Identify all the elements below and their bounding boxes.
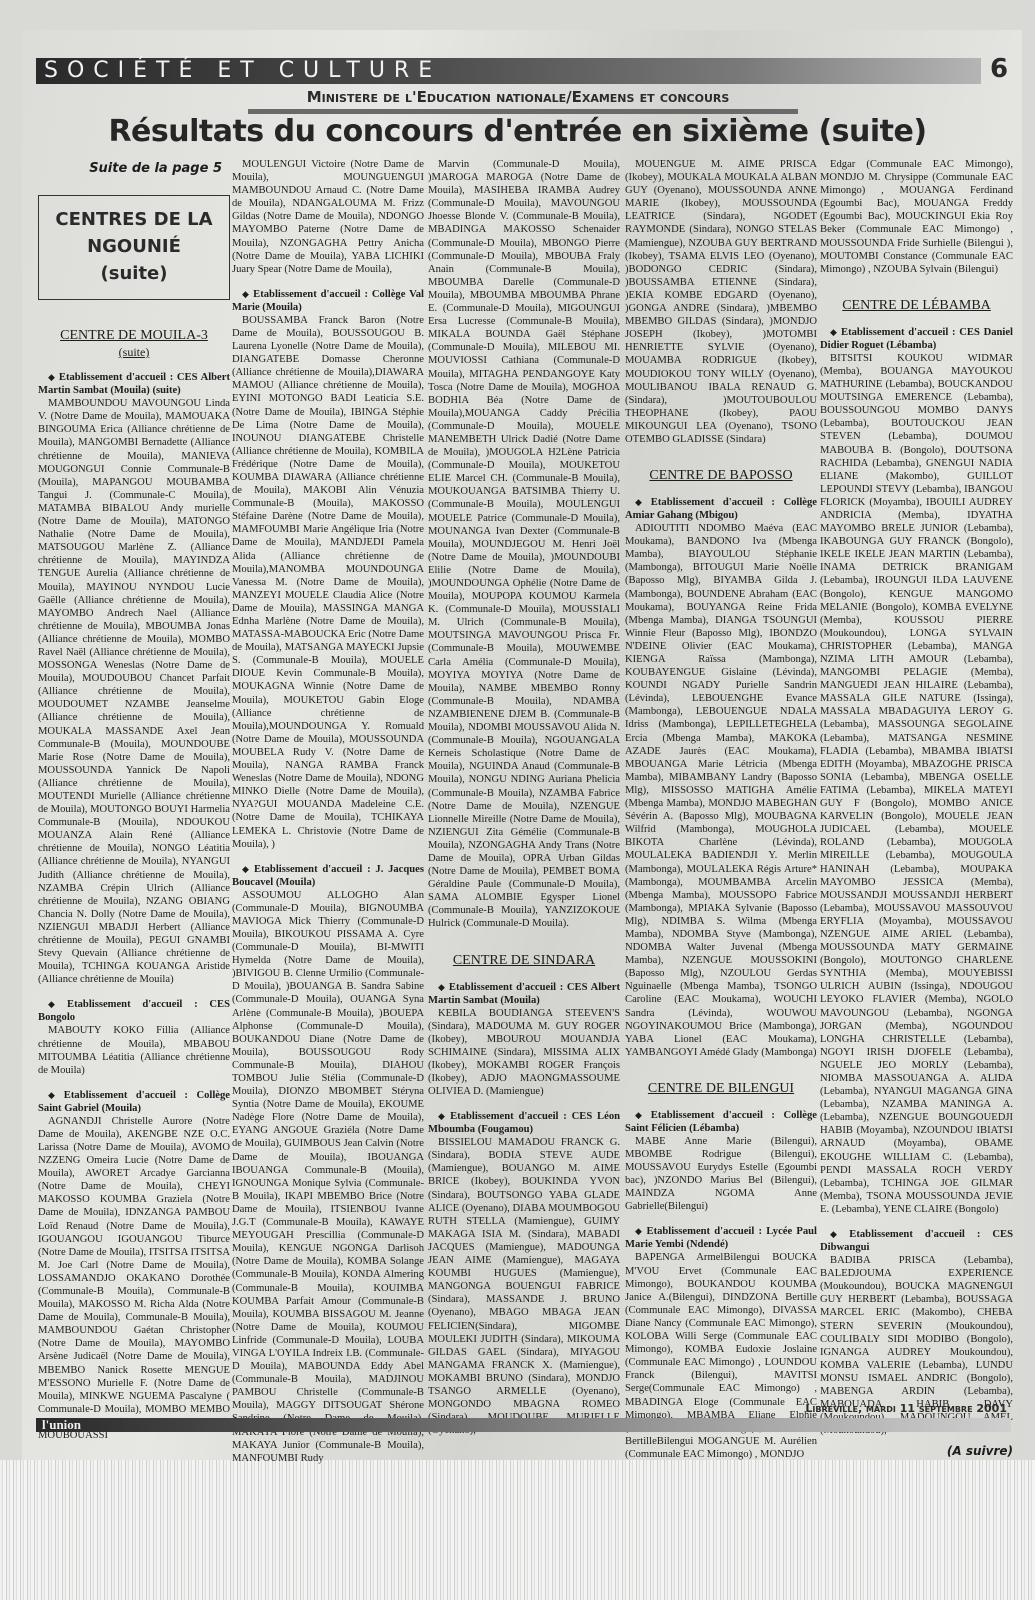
ministry-kicker: Ministere de l'Education nationale/Exame… — [248, 88, 788, 106]
establishment-heading: ◆Etablissement d'accueil : CES Daniel Di… — [820, 326, 1013, 352]
candidate-list: BOUSSAMBA Franck Baron (Notre Dame de Mo… — [232, 314, 424, 851]
candidate-list: MABOUTY KOKO Fillia (Alliance chrétienne… — [38, 1024, 230, 1076]
establishment-heading: ◆Etablissement d'accueil : CES Dibwangui — [820, 1228, 1013, 1254]
establishment-heading: ◆Etablissement d'accueil : CES Albert Ma… — [38, 371, 230, 397]
candidate-list: Edgar (Communale EAC Mimongo), MONDJO M.… — [820, 158, 1013, 276]
footer-bar: l'union Libreville, mardi 11 septembre 2… — [36, 1418, 1011, 1432]
column-1: Suite de la page 5 CENTRES DE LA NGOUNIÉ… — [38, 158, 230, 1442]
continued-from-note: Suite de la page 5 — [38, 162, 222, 175]
section-rubric: SOCIÉTÉ ET CULTURE — [36, 58, 981, 84]
diamond-bullet-icon: ◆ — [830, 1229, 846, 1239]
establishment-heading: ◆Etablissement d'accueil : CES Albert Ma… — [428, 981, 620, 1007]
page-number: 6 — [990, 54, 1008, 84]
candidate-list: Marvin (Communale-D Mouila), )MAROGA MAR… — [428, 158, 620, 931]
candidate-list: ADIOUTITI NDOMBO Maéva (EAC Moukama), BA… — [625, 522, 817, 1059]
establishment-heading: ◆Etablissement d'accueil : Collège Saint… — [625, 1109, 817, 1135]
candidate-list: MOULENGUI Victoire (Notre Dame de Mouila… — [232, 158, 424, 276]
diamond-bullet-icon: ◆ — [438, 982, 446, 992]
candidate-list: AGNANDJI Christelle Aurore (Notre Dame d… — [38, 1115, 230, 1442]
centre-title: CENTRE DE BAPOSSO — [625, 468, 817, 484]
establishment-heading: ◆Etablissement d'accueil : J. Jacques Bo… — [232, 863, 424, 889]
diamond-bullet-icon: ◆ — [242, 864, 251, 874]
headline: Résultats du concours d'entrée en sixièm… — [0, 114, 1035, 149]
establishment-heading: ◆Etablissement d'accueil : Collège Saint… — [38, 1089, 230, 1115]
diamond-bullet-icon: ◆ — [48, 372, 56, 382]
region-line: (suite) — [43, 260, 225, 287]
candidate-list: KEBILA BOUDIANGA STEEVEN'S (Sindara), MA… — [428, 1007, 620, 1099]
establishment-heading: ◆Etablissement d'accueil : Lycée Paul Ma… — [625, 1225, 817, 1251]
establishment-heading: ◆Etablissement d'accueil : CES Léon Mbou… — [428, 1110, 620, 1136]
centre-title: CENTRE DE MOUILA-3 — [38, 328, 230, 344]
newspaper-logo: l'union — [42, 1417, 81, 1432]
candidate-list: ASSOUMOU ALLOGHO Alan (Communale-D Mouil… — [232, 889, 424, 1465]
column-5: Edgar (Communale EAC Mimongo), MONDJO M.… — [820, 158, 1013, 1458]
candidate-list: BISSIELOU MAMADOU FRANCK G.(Sindara), BO… — [428, 1136, 620, 1437]
diamond-bullet-icon: ◆ — [242, 289, 250, 299]
section-label: SOCIÉTÉ ET CULTURE — [44, 58, 441, 84]
candidate-list: BITSITSI KOUKOU WIDMAR (Memba), BOUANGA … — [820, 352, 1013, 1216]
diamond-bullet-icon: ◆ — [438, 1111, 447, 1121]
region-line: CENTRES DE LA — [43, 206, 225, 233]
diamond-bullet-icon: ◆ — [830, 327, 838, 337]
region-box: CENTRES DE LA NGOUNIÉ (suite) — [38, 195, 230, 300]
diamond-bullet-icon: ◆ — [48, 1090, 61, 1100]
region-line: NGOUNIÉ — [43, 233, 225, 260]
column-3: Marvin (Communale-D Mouila), )MAROGA MAR… — [428, 158, 620, 1437]
establishment-heading: ◆Etablissement d'accueil : Collège Val M… — [232, 288, 424, 314]
diamond-bullet-icon: ◆ — [635, 1110, 648, 1120]
column-4: MOUENGUE M. AIME PRISCA (Ikobey), MOUKAL… — [625, 158, 817, 1461]
centre-title: CENTRE DE SINDARA — [428, 953, 620, 969]
dateline: Libreville, mardi 11 septembre 2001 — [805, 1402, 1007, 1415]
centre-title: CENTRE DE LÉBAMBA — [820, 298, 1013, 314]
diamond-bullet-icon: ◆ — [635, 1226, 644, 1236]
candidate-list: MAMBOUNDOU MAVOUNGOU Linda V. (Notre Dam… — [38, 397, 230, 986]
column-2: MOULENGUI Victoire (Notre Dame de Mouila… — [232, 158, 424, 1465]
establishment-heading: ◆Etablissement d'accueil : Collège Amiar… — [625, 496, 817, 522]
to-be-continued: (A suivre) — [820, 1445, 1013, 1458]
diamond-bullet-icon: ◆ — [635, 497, 648, 507]
candidate-list: MABE Anne Marie (Bilengui), MBOMBE Rodri… — [625, 1135, 817, 1214]
diamond-bullet-icon: ◆ — [48, 999, 64, 1009]
scan-margin — [0, 1460, 1035, 1600]
establishment-heading: ◆Etablissement d'accueil : CES Bongolo — [38, 998, 230, 1024]
centre-title: CENTRE DE BILENGUI — [625, 1081, 817, 1097]
candidate-list: MOUENGUE M. AIME PRISCA (Ikobey), MOUKAL… — [625, 158, 817, 446]
centre-subtitle: (suite) — [38, 346, 230, 359]
